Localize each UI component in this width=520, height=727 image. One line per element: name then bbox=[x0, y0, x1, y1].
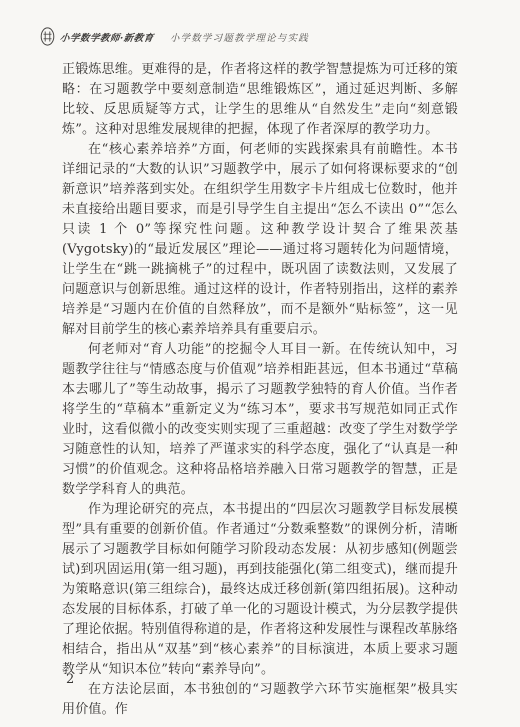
running-header: 小学数学教师·新教育 小学数学习题教学理论与实践 bbox=[40, 27, 470, 46]
body-text: 正锻炼思维。更难得的是，作者将这样的教学智慧提炼为可迁移的策略：在习题教学中要刻… bbox=[62, 60, 458, 720]
series-title: 小学数学教师·新教育 bbox=[59, 30, 154, 44]
paragraph: 作为理论研究的亮点，本书提出的“四层次习题教学目标发展模型”具有重要的创新价值。… bbox=[62, 500, 458, 680]
paragraph: 何老师对“育人功能”的挖掘令人耳目一新。在传统认知中，习题教学往往与“情感态度与… bbox=[62, 340, 458, 500]
paragraph: 在方法论层面，本书独创的“习题教学六环节实施框架”极具实用价值。作 bbox=[62, 680, 458, 720]
book-page: 小学数学教师·新教育 小学数学习题教学理论与实践 正锻炼思维。更难得的是，作者将… bbox=[0, 0, 520, 727]
publisher-seal-icon bbox=[40, 27, 55, 46]
paragraph-continued: 正锻炼思维。更难得的是，作者将这样的教学智慧提炼为可迁移的策略：在习题教学中要刻… bbox=[62, 60, 458, 140]
page-number: 2 bbox=[66, 672, 74, 687]
book-title: 小学数学习题教学理论与实践 bbox=[170, 30, 309, 44]
paragraph: 在“核心素养培养”方面，何老师的实践探索具有前瞻性。本书详细记录的“大数的认识”… bbox=[62, 140, 458, 340]
